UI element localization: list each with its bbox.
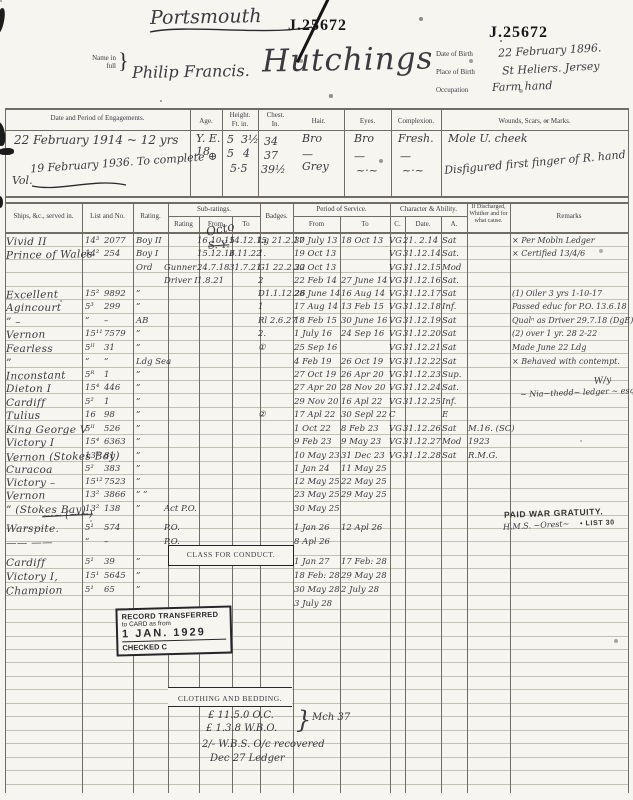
ruled-line — [5, 447, 628, 448]
ship-row-22-from: 8 Apl 26 — [294, 537, 330, 547]
ship-row-9-a: Sat — [442, 357, 456, 367]
ship-row-13-from: 17 Apl 22 — [294, 410, 335, 420]
ship-row-11-no: 446 — [104, 383, 120, 393]
ship-row-22-list: ” — [85, 537, 89, 547]
ship-row-16-disch: R.M.G. — [468, 451, 498, 461]
ship-row-9-rating: Ldg Sea — [136, 357, 171, 367]
ruled-line — [5, 595, 628, 596]
ruled-line — [5, 582, 628, 583]
clothing-line-3: 2/- W.B.S. O/c recovered — [202, 739, 325, 750]
grid-horizontal-line — [5, 232, 628, 234]
ruled-line — [5, 501, 628, 502]
ruled-line — [5, 676, 628, 677]
ship-row-7-list: 15¹¹ — [85, 329, 103, 339]
ship-row-11-date: 31.12.24 — [403, 383, 441, 393]
ship-row-17-ship: Curacoa — [6, 464, 53, 476]
age-2: 18 — [196, 145, 210, 158]
chest-1: 34 — [264, 135, 278, 148]
ship-row-5-date: 31.12.18 — [403, 302, 441, 312]
ship-row-6-no: – — [104, 316, 108, 326]
col-period-to: To — [340, 220, 390, 228]
ship-row-13-badge: ② — [258, 410, 266, 420]
ruled-line — [5, 353, 628, 354]
col-remarks: Remarks — [510, 212, 628, 220]
clothing-and-bedding-box: CLOTHING AND BEDDING. — [168, 687, 292, 707]
ship-row-13-c: C — [389, 410, 396, 420]
ruled-line — [5, 420, 628, 421]
ship-row-13-rating: ” — [136, 410, 140, 420]
ship-row-14-disch: M.16. (SC) — [468, 424, 515, 434]
ship-row-13-ship: Tulius — [6, 410, 41, 423]
ship-row-25-to: 2 July 28 — [341, 585, 379, 595]
ship-row-4-c: VG — [389, 289, 402, 299]
ship-row-10-ship: Inconstant — [6, 369, 66, 382]
ship-row-24-no: 5645 — [104, 571, 126, 581]
ship-row-6-rating: AB — [136, 316, 148, 326]
ship-row-21-list: 5¹ — [85, 523, 94, 533]
ship-row-18-from: 12 May 25 — [294, 477, 340, 487]
ruled-line — [5, 636, 628, 637]
clothing-title: CLOTHING AND BEDDING. — [178, 694, 282, 703]
ruled-line — [5, 568, 628, 569]
ship-row-17-to: 11 May 25 — [341, 464, 387, 474]
col-age: Age. — [190, 117, 222, 125]
ship-row-8-no: 31 — [104, 343, 115, 353]
col-eyes: Eyes. — [344, 117, 391, 125]
handwritten-scrawl-2: ~·~ (~·~) — [42, 509, 93, 523]
ship-row-19-to: 29 May 25 — [341, 490, 387, 500]
ship-row-18-list: 15¹² — [85, 477, 103, 487]
col-sub-to: To — [232, 220, 260, 228]
ruled-line — [5, 259, 628, 260]
ship-row-9-to: 26 Oct 19 — [341, 357, 383, 367]
complexion-ditto: ~·~ — [402, 164, 424, 177]
ship-row-4-no: 9892 — [104, 289, 126, 299]
ship-row-15-to: 9 May 23 — [341, 437, 381, 447]
ship-row-1-subto: 2.11.22 — [229, 249, 261, 259]
grid-horizontal-line — [168, 216, 260, 217]
ship-row-10-from: 27 Oct 19 — [294, 370, 336, 380]
ship-row-6-ship: ” – — [6, 316, 21, 328]
ship-row-18-ship: Victory – — [6, 477, 55, 489]
ship-row-8-from: 25 Sep 16 — [294, 343, 337, 353]
ruled-line — [5, 757, 628, 758]
grid-horizontal-line — [5, 202, 628, 204]
paid-war-gratuity-stamp: PAID WAR GRATUITY. — [504, 506, 604, 519]
ship-row-14-no: 526 — [104, 424, 120, 434]
ship-row-15-disch: 1923 — [468, 437, 490, 447]
ruled-line — [5, 662, 628, 663]
ship-row-12-rating: ” — [136, 397, 140, 407]
ruled-line — [5, 784, 628, 785]
ship-row-4-a: Sat — [442, 289, 456, 299]
handwritten-scrawl-1: S. Y. — [208, 239, 230, 251]
ship-row-4-from: 28 June 14 — [294, 289, 340, 299]
ship-row-1-rating: Boy I — [136, 249, 158, 259]
ship-row-15-from: 9 Feb 23 — [294, 437, 332, 447]
ship-row-12-date: 31.12.25 — [403, 397, 441, 407]
ship-row-6-c: VG — [389, 316, 402, 326]
ship-row-6-badge: Rl 2.6.27 — [258, 316, 297, 326]
ship-row-12-list: 5² — [85, 397, 94, 407]
ship-row-11-a: Sat. — [442, 383, 459, 393]
ship-row-6-remark: Qualⁿ as Driver 29.7.18 (DgE) — [512, 316, 633, 325]
col-period: Period of Service. — [293, 205, 390, 213]
ship-row-14-rating: ” — [136, 424, 140, 434]
ship-row-4-rating: ” — [136, 289, 140, 299]
ship-row-16-ship: Vernon (Stokes Bay) — [6, 450, 120, 464]
ship-row-20-no: 138 — [104, 504, 120, 514]
ship-row-7-from: 1 July 16 — [294, 329, 332, 339]
ship-row-5-badge: 1 — [258, 302, 263, 312]
clothing-line-4: Dec 27 Ledger — [210, 753, 285, 764]
ship-row-1-list: 14² — [85, 249, 99, 259]
ship-row-1-c: VG — [389, 249, 402, 259]
name-label: Name in full — [86, 54, 116, 70]
surname-handwritten: Hutchings — [262, 41, 434, 80]
ship-row-21-no: 574 — [104, 523, 120, 533]
col-c: C. — [390, 220, 405, 228]
ship-row-3-a: Sat. — [442, 276, 459, 286]
ship-row-5-to: 13 Feb 15 — [341, 302, 384, 312]
col-complexion: Complexion. — [391, 117, 441, 125]
ship-row-8-a: Sat — [442, 343, 456, 353]
ship-row-9-ship: ” — [6, 357, 12, 369]
ship-row-25-ship: Champion — [6, 585, 63, 598]
ink-blob — [0, 196, 3, 208]
grid-vertical-line — [133, 202, 134, 793]
ship-row-8-remark: Made June 22 Ldg — [512, 343, 586, 352]
ship-row-14-to: 8 Feb 23 — [341, 424, 379, 434]
col-height: Height. — [222, 111, 258, 119]
ship-row-25-list: 5¹ — [85, 585, 94, 595]
ship-row-14-from: 1 Oct 22 — [294, 424, 331, 434]
ship-row-11-rating: ” — [136, 383, 140, 393]
ship-row-25-from: 30 May 28 — [294, 585, 340, 595]
paper-specks — [0, 0, 2, 2]
ruled-line — [5, 689, 628, 690]
ruled-line — [5, 703, 628, 704]
ship-row-4-list: 15² — [85, 289, 99, 299]
ship-row-16-a: Sat — [442, 451, 456, 461]
ruled-line — [5, 555, 628, 556]
name-brace: } — [118, 48, 129, 74]
ship-row-25-rating: ” — [136, 585, 140, 595]
ship-row-3-subfrom: 1.8.21 — [197, 276, 224, 286]
col-hair: Hair. — [293, 117, 344, 125]
ship-row-6-a: Sat — [442, 316, 456, 326]
ship-row-15-a: Mod — [442, 437, 461, 447]
ship-row-8-date: 31.12.21 — [403, 343, 441, 353]
ruled-line — [5, 299, 628, 300]
ship-row-0-list: 14³ — [85, 236, 99, 246]
gratuity-ship-handwritten: H.M.S. ~Orest~ — [503, 519, 570, 531]
ship-row-10-a: Sup. — [442, 370, 461, 380]
ruled-line — [5, 340, 628, 341]
ship-row-24-ship: Victory I, — [6, 571, 58, 583]
ship-row-19-no: 3866 — [104, 490, 126, 500]
ship-row-13-to: 30 Sepl 22 — [341, 410, 387, 420]
ship-row-3-subr: Driver I — [164, 276, 198, 286]
ship-row-22-ship: —— —— — [6, 537, 53, 550]
ship-row-0-a: Sat — [442, 236, 456, 246]
ship-row-3-date: 31.12.16 — [403, 276, 441, 286]
ship-row-20-rating: ” — [136, 504, 140, 514]
handwritten-scrawl-4: ~ Nia~thedd~ ledger ~ esq — [520, 386, 633, 399]
official-number-stamp-right: J.25672 — [489, 24, 548, 42]
ship-row-14-list: 5ᴵᴵ — [85, 424, 95, 434]
ship-row-16-to: 31 Dec 23 — [341, 451, 385, 461]
ship-row-1-remark: × Certified 13/4/6 — [512, 249, 585, 258]
clothing-line-1: £ 11.5.0 O.C. — [208, 710, 274, 721]
occupation-value: Farm hand — [492, 79, 553, 94]
grid-vertical-line — [467, 202, 468, 793]
ship-row-11-from: 27 Apr 20 — [294, 383, 337, 393]
ship-row-23-rating: ” — [136, 557, 140, 567]
ship-row-16-no: 81 — [104, 451, 115, 461]
ship-row-0-to: 18 Oct 13 — [341, 236, 383, 246]
ship-row-24-list: 15¹ — [85, 571, 99, 581]
ship-row-1-a: Sat. — [442, 249, 459, 259]
ship-row-1-ship: Prince of Wales — [6, 248, 93, 262]
ship-row-6-date: 31.12.19 — [403, 316, 441, 326]
ship-row-7-no: 7579 — [104, 329, 126, 339]
ship-row-19-ship: Vernon — [6, 490, 46, 503]
ship-row-11-list: 15⁴ — [85, 383, 99, 393]
height-3: 5·5 — [230, 162, 248, 175]
col-period-from: From — [293, 220, 340, 228]
ship-row-20-subr: Act P.O. — [164, 504, 197, 514]
col-a: A. — [441, 220, 467, 228]
pob-value: St Heliers. Jersey — [502, 59, 600, 77]
ship-row-24-to: 29 May 28 — [341, 571, 387, 581]
ship-row-8-rating: ” — [136, 343, 140, 353]
age-1: Y. E. — [196, 132, 220, 145]
ship-row-3-c: VG — [389, 276, 402, 286]
ship-row-16-c: VG — [389, 451, 402, 461]
stamp-line-4: CHECKED C — [122, 639, 226, 653]
ship-row-16-from: 10 May 23 — [294, 451, 340, 461]
ship-row-5-ship: Agincourt — [6, 302, 61, 314]
ship-row-15-date: 31.12.27 — [403, 437, 441, 447]
ship-row-21-ship: Warspite. — [6, 523, 59, 535]
ship-row-13-list: 16 — [85, 410, 96, 420]
ship-row-5-no: 299 — [104, 302, 120, 312]
ship-row-5-a: Inf. — [442, 302, 456, 312]
ship-row-7-date: 31.12.20 — [403, 329, 441, 339]
ship-row-6-list: ” — [85, 316, 89, 326]
grid-vertical-line — [628, 108, 629, 793]
ship-row-9-list: ” — [85, 357, 89, 367]
ship-row-17-no: 383 — [104, 464, 120, 474]
ship-row-7-remark: (2) over 1 yr. 28 2-22 — [512, 329, 597, 338]
ship-row-11-ship: Dieton I — [6, 383, 51, 395]
chest-3: 39½ — [261, 163, 286, 176]
pob-label: Place of Birth — [436, 68, 488, 76]
ship-row-14-a: Sat — [442, 424, 456, 434]
ship-row-19-from: 23 May 25 — [294, 490, 340, 500]
eyes-1: Bro — [354, 132, 374, 145]
ship-row-9-from: 4 Feb 19 — [294, 357, 332, 367]
ship-row-7-badge: 2. — [258, 329, 266, 339]
ship-row-15-c: VG — [389, 437, 402, 447]
ship-row-0-c: VG — [389, 236, 402, 246]
ship-row-23-to: 17 Feb: 28 — [341, 557, 387, 567]
ship-row-6-to: 30 June 16 — [341, 316, 387, 326]
ship-row-10-no: 1 — [104, 370, 109, 380]
ruled-line — [5, 326, 628, 327]
ship-row-13-no: 98 — [104, 410, 115, 420]
ship-row-19-rating: ” ” — [136, 490, 147, 500]
ship-row-12-ship: Cardiff — [6, 397, 45, 409]
ship-row-15-no: 6363 — [104, 437, 126, 447]
ship-row-1-no: 254 — [104, 249, 120, 259]
wounds-2: Disfigured first finger of R. hand — [444, 148, 626, 177]
engagement-1: 22 February 1914 ~ 12 yrs — [14, 133, 178, 147]
ship-row-17-rating: ” — [136, 464, 140, 474]
ship-row-12-no: 1 — [104, 397, 109, 407]
ship-row-24-from: 18 Feb: 28 — [294, 571, 340, 581]
ship-row-7-rating: ” — [136, 329, 140, 339]
ink-blob — [0, 148, 14, 155]
grid-horizontal-line — [5, 130, 628, 131]
ruled-line — [5, 407, 628, 408]
height-ft-2: 5 — [227, 147, 234, 160]
ship-row-14-ship: King George V — [6, 424, 88, 436]
eyes-ditto: ~·~ — [356, 164, 378, 177]
ship-row-15-ship: Victory I — [6, 437, 54, 449]
hair-2: Grey — [302, 160, 329, 173]
ship-row-8-ship: Fearless — [6, 343, 53, 355]
ship-row-9-date: 31.12.22 — [403, 357, 441, 367]
col-wounds: Wounds, Scars, or Marks. — [441, 117, 628, 125]
dob-label: Date of Birth — [436, 50, 488, 58]
clothing-line-2: £ 1.3.8 W.B.O. — [206, 723, 277, 734]
ship-row-0-from: 30 July 13 — [294, 236, 337, 246]
col-ships: Ships, &c., served in. — [5, 212, 82, 220]
class-for-conduct-label: CLASS FOR CONDUCT. — [187, 551, 275, 560]
ship-row-8-c: VG — [389, 343, 402, 353]
height-in-2: 4 — [243, 147, 250, 160]
ink-blob — [0, 8, 7, 35]
ship-row-5-rating: ” — [136, 302, 140, 312]
ship-row-11-to: 28 Nov 20 — [341, 383, 385, 393]
occupation-label: Occupation — [436, 86, 488, 94]
record-transferred-stamp: RECORD TRANSFERRED to CARD as from 1 JAN… — [115, 605, 232, 656]
ship-row-17-list: 5² — [85, 464, 94, 474]
ship-row-2-date: 31.12.15 — [403, 263, 441, 273]
col-sub-ratings: Sub-ratings. — [168, 205, 260, 213]
ship-row-10-to: 26 Apr 20 — [341, 370, 384, 380]
ship-row-0-rating: Boy II — [136, 236, 162, 246]
ruled-line — [5, 730, 628, 731]
ship-row-2-from: 30 Oct 13 — [294, 263, 336, 273]
ship-row-9-remark: × Behaved with contempt. — [512, 357, 620, 366]
vol-flourish — [30, 178, 130, 192]
ship-row-1-date: 31.12.14 — [403, 249, 441, 259]
ship-row-5-list: 5³ — [85, 302, 94, 312]
ship-row-18-no: 7523 — [104, 477, 126, 487]
ship-row-7-to: 24 Sep 16 — [341, 329, 384, 339]
ship-row-23-list: 5¹ — [85, 557, 94, 567]
ruled-line — [5, 474, 628, 475]
ship-row-21-to: 12 Apl 26 — [341, 523, 382, 533]
gratuity-list-number: • LIST 30 — [580, 519, 615, 527]
grid-vertical-line — [5, 108, 6, 793]
height-in-1: 3½ — [241, 133, 259, 146]
dob-value: 22 February 1896. — [498, 41, 602, 59]
col-badges: Badges. — [260, 212, 293, 220]
height-ft-1: 5 — [227, 133, 234, 146]
ship-row-24-rating: ” — [136, 571, 140, 581]
col-list-no: List and No. — [82, 212, 133, 220]
ship-row-7-ship: Vernon — [6, 329, 46, 342]
col-sub-rating: Rating — [168, 220, 199, 228]
handwritten-scrawl-3: W/y — [594, 375, 612, 387]
ship-row-7-c: VG — [389, 329, 402, 339]
ship-row-2-subto: 31.7.21 — [229, 263, 261, 273]
ship-row-12-from: 29 Nov 20 — [294, 397, 338, 407]
ship-row-12-a: Inf. — [442, 397, 456, 407]
ship-row-2-a: Mod — [442, 263, 461, 273]
ship-row-0-no: 2077 — [104, 236, 126, 246]
ship-row-10-c: VG — [389, 370, 402, 380]
ship-row-8-list: 5ᴵᴵ — [85, 343, 95, 353]
ship-row-22-subr: P.O. — [164, 537, 180, 547]
ship-row-17-from: 1 Jan 24 — [294, 464, 330, 474]
ship-row-7-a: Sat — [442, 329, 456, 339]
ship-row-12-c: VG — [389, 397, 402, 407]
col-character: Character & Ability. — [390, 205, 467, 213]
ship-row-23-no: 39 — [104, 557, 115, 567]
ship-row-6-from: 18 Feb 15 — [294, 316, 337, 326]
col-height-sub: Ft. in. — [222, 120, 258, 128]
ship-row-14-c: VG — [389, 424, 402, 434]
clothing-brace: } — [296, 706, 311, 734]
complexion-1: Fresh. — [398, 132, 434, 145]
ship-row-3-badge: 2 — [258, 276, 263, 286]
ship-row-4-remark: (1) Oiler 3 yrs 1-10-17 — [512, 289, 602, 298]
ship-row-10-date: 31.12.23 — [403, 370, 441, 380]
ship-row-23-ship: Cardiff — [6, 557, 45, 569]
ruled-line — [5, 488, 628, 489]
hair-1: Bro — [302, 132, 322, 145]
complexion-dash: — — [400, 150, 411, 163]
ship-row-18-rating: ” — [136, 477, 140, 487]
ship-row-10-list: 5ᴿ — [85, 370, 94, 380]
ruled-line — [5, 313, 628, 314]
service-record-document: Portsmouth J.25672 J.25672 Name in full … — [0, 0, 633, 800]
ship-row-3-from: 22 Feb 14 — [294, 276, 337, 286]
ship-row-20-from: 30 May 25 — [294, 504, 340, 514]
clothing-brace-note: Mch 37 — [312, 712, 350, 723]
ship-row-19-list: 13² — [85, 490, 99, 500]
ship-row-4-ship: Excellent — [6, 289, 58, 302]
ship-row-21-subr: P.O. — [164, 523, 180, 533]
ruled-line — [5, 649, 628, 650]
ship-row-14-date: 31.12.26 — [403, 424, 441, 434]
ruled-line — [5, 380, 628, 381]
grid-horizontal-line — [5, 196, 628, 198]
ship-row-2-rating: Ord — [136, 263, 152, 273]
class-for-conduct-box: CLASS FOR CONDUCT. — [168, 545, 294, 566]
ship-row-8-badge: ① — [258, 343, 266, 353]
ship-row-2-subr: Gunner — [164, 263, 196, 273]
wounds-1: Mole U. cheek — [448, 132, 528, 145]
ship-row-9-c: VG — [389, 357, 402, 367]
eyes-dash: — — [354, 150, 365, 163]
ship-row-1-from: 19 Oct 13 — [294, 249, 336, 259]
